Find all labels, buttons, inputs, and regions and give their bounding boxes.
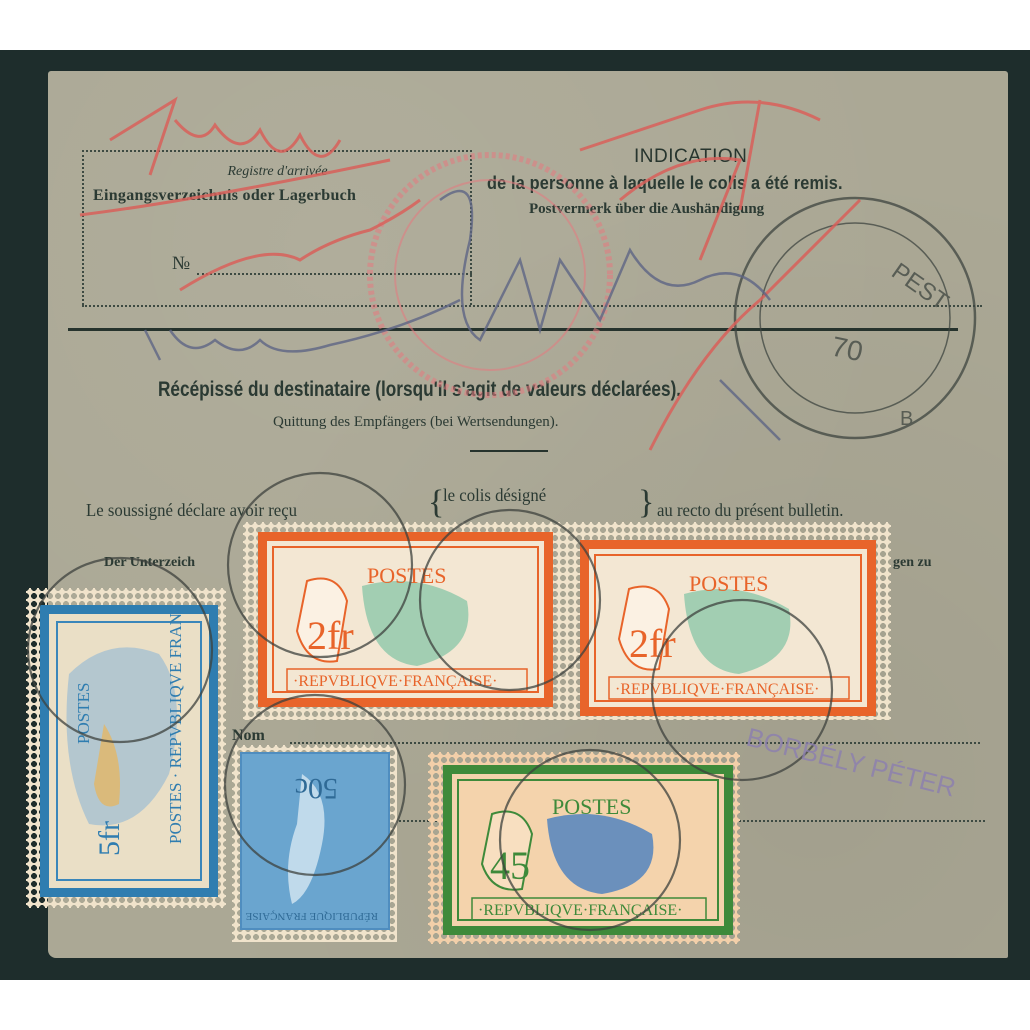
svg-text:POSTES: POSTES <box>74 683 93 744</box>
stamp-2fr-right-art: POSTES 2fr ·REPVBLIQVE·FRANÇAISE· <box>589 549 867 707</box>
declaration-end: au recto du présent bulletin. <box>657 500 843 521</box>
svg-text:RÉPUBLIQUE FRANÇAISE: RÉPUBLIQUE FRANÇAISE <box>245 910 378 922</box>
stamp-50c-art: 50c RÉPUBLIQUE FRANÇAISE <box>242 754 388 928</box>
svg-text:45: 45 <box>490 843 530 888</box>
declaration-brace-left: { <box>428 484 444 522</box>
left-box-top <box>82 150 472 152</box>
name-line <box>290 742 980 744</box>
stamp-2fr-left: POSTES 2fr ·REPVBLIQVE·FRANÇAISE· <box>258 532 553 707</box>
registre-title: Registre d'arrivée <box>0 164 555 180</box>
german-declaration-start: Der Unterzeich <box>104 555 195 571</box>
declaration-start: Le soussigné déclare avoir reçu <box>86 500 297 521</box>
svg-text:2fr: 2fr <box>307 613 354 658</box>
stamp-5fr-art: POSTES · REPVBLIQVE FRANÇAISE POSTES 5fr <box>49 614 209 888</box>
german-declaration-end: gen zu <box>893 555 932 571</box>
stamp-45c: POSTES 45 ·REPVBLIQVE·FRANÇAISE· <box>443 765 733 935</box>
stamp-2fr-left-art: POSTES 2fr ·REPVBLIQVE·FRANÇAISE· <box>267 541 544 698</box>
svg-text:·REPVBLIQVE·FRANÇAISE·: ·REPVBLIQVE·FRANÇAISE· <box>615 681 819 698</box>
recepisse-title: Récépissé du destinataire (lorsqu'il s'a… <box>158 378 681 402</box>
number-line <box>197 273 472 275</box>
stamp-45c-art: POSTES 45 ·REPVBLIQVE·FRANÇAISE· <box>452 774 724 926</box>
number-label: № <box>172 253 190 275</box>
svg-text:POSTES: POSTES <box>689 571 768 596</box>
eingang-title: Eingangsverzeichnis oder Lagerbuch <box>93 187 356 205</box>
svg-text:POSTES · REPVBLIQVE FRANÇAISE: POSTES · REPVBLIQVE FRANÇAISE <box>166 614 185 844</box>
indication-subtitle: de la personne à laquelle le colis a été… <box>487 172 843 194</box>
svg-text:·REPVBLIQVE·FRANÇAISE·: ·REPVBLIQVE·FRANÇAISE· <box>293 673 497 690</box>
name-label: Nom <box>232 727 265 745</box>
quittung-subtitle: Quittung des Empfängers (bei Wertsendung… <box>273 414 559 431</box>
declaration-option-1: le colis désigné <box>443 485 546 506</box>
svg-text:·REPVBLIQVE·FRANÇAISE·: ·REPVBLIQVE·FRANÇAISE· <box>478 902 682 919</box>
section-divider <box>68 328 958 331</box>
postvermerk-subtitle: Postvermerk über die Aushändigung <box>529 201 764 218</box>
short-divider <box>470 450 548 452</box>
stamp-5fr: POSTES · REPVBLIQVE FRANÇAISE POSTES 5fr <box>40 605 218 897</box>
declaration-brace-right: } <box>638 484 654 522</box>
indication-title: INDICATION <box>634 146 747 168</box>
svg-text:50c: 50c <box>295 772 338 805</box>
svg-text:POSTES: POSTES <box>552 794 631 819</box>
stamp-2fr-right: POSTES 2fr ·REPVBLIQVE·FRANÇAISE· <box>580 540 876 716</box>
svg-text:POSTES: POSTES <box>367 563 446 588</box>
svg-text:5fr: 5fr <box>93 821 126 856</box>
stamp-50c: 50c RÉPUBLIQUE FRANÇAISE <box>240 752 390 930</box>
svg-text:2fr: 2fr <box>629 621 676 666</box>
left-box-bottom <box>82 305 982 307</box>
